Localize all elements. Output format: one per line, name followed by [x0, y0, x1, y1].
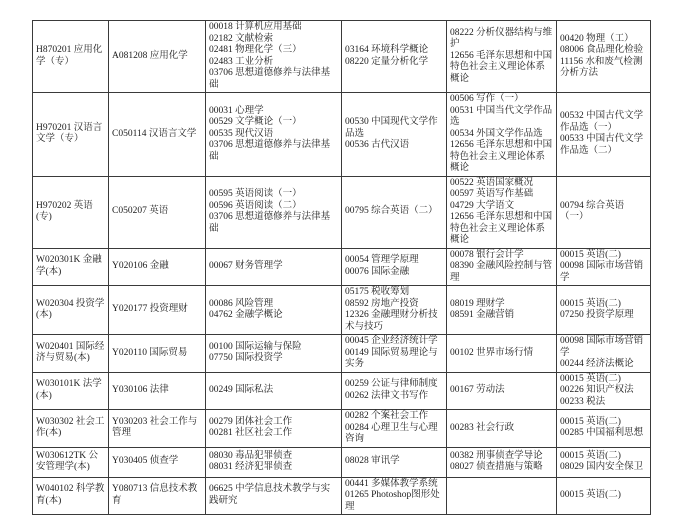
cell-exam-slot-1: 00279 团体社会工作00281 社区社会工作 — [206, 410, 342, 448]
cell-new-major-code: Y020110 国际贸易 — [109, 335, 206, 373]
course-entry: 00015 英语(二) — [560, 417, 647, 429]
cell-old-major-code: W020401 国际经济与贸易(本) — [33, 335, 109, 373]
cell-new-major-code: Y030203 社会工作与管理 — [109, 410, 206, 448]
course-entry: 08591 金融营销 — [450, 310, 553, 322]
table-row: W020301K 金融学(本)Y020106 金融00067 财务管理学0005… — [33, 248, 651, 286]
course-entry: 00045 企业经济统计学 — [345, 336, 443, 348]
major-label: Y030405 侦查学 — [112, 456, 202, 468]
course-entry: 12656 毛泽东思想和中国特色社会主义理论体系概论 — [450, 140, 553, 175]
course-entry: 00102 世界市场行情 — [450, 348, 553, 360]
table-row: W020401 国际经济与贸易(本)Y020110 国际贸易00100 国际运输… — [33, 335, 651, 373]
cell-old-major-code: H870201 应用化学（专） — [33, 21, 109, 93]
course-entry: 00098 国际市场营销学 — [560, 261, 647, 284]
course-entry: 00595 英语阅读（一） — [209, 189, 338, 201]
course-entry: 12326 金融理财分析技术与技巧 — [345, 310, 443, 333]
course-entry: 08222 分析仪器结构与维护 — [450, 28, 553, 51]
cell-new-major-code: Y030405 侦查学 — [109, 447, 206, 477]
course-entry: 00536 古代汉语 — [345, 140, 443, 152]
table-container: H870201 应用化学（专）A081208 应用化学00018 计算机应用基础… — [32, 20, 650, 480]
course-entry: 00596 英语阅读（二） — [209, 201, 338, 213]
cell-new-major-code: Y030106 法律 — [109, 372, 206, 410]
course-entry: 00249 国际私法 — [209, 385, 338, 397]
cell-exam-slot-2: 03164 环境科学概论08220 定量分析化学 — [342, 21, 447, 93]
cell-exam-slot-2: 05175 税收筹划08592 房地产投资12326 金融理财分析技术与技巧 — [342, 286, 447, 335]
cell-exam-slot-1: 00031 心理学00529 文学概论（一）00535 现代汉语03706 思想… — [206, 93, 342, 177]
major-label: C050207 英语 — [112, 206, 202, 218]
cell-exam-slot-1: 00086 风险管理04762 金融学概论 — [206, 286, 342, 335]
major-label: W020401 国际经济与贸易(本) — [36, 342, 105, 365]
cell-exam-slot-4: 00015 英语(二)08029 国内安全保卫 — [557, 447, 651, 477]
cell-old-major-code: W030612TK 公安管理学(本) — [33, 447, 109, 477]
course-entry: 00534 外国文学作品选 — [450, 129, 553, 141]
course-entry: 11156 水和废气检测分析方法 — [560, 57, 647, 80]
cell-old-major-code: W020301K 金融学(本) — [33, 248, 109, 286]
cell-exam-slot-1: 00067 财务管理学 — [206, 248, 342, 286]
cell-new-major-code: Y020177 投资理财 — [109, 286, 206, 335]
course-entry: 00067 财务管理学 — [209, 261, 338, 273]
cell-exam-slot-4: 00794 综合英语（一） — [557, 176, 651, 248]
cell-exam-slot-3: 00506 写作（一）00531 中国当代文学作品选00534 外国文学作品选1… — [447, 93, 557, 177]
course-entry: 00281 社区社会工作 — [209, 428, 338, 440]
major-label: H970201 汉语言文学（专） — [36, 123, 105, 146]
cell-new-major-code: C050114 汉语言文学 — [109, 93, 206, 177]
cell-exam-slot-1: 00595 英语阅读（一）00596 英语阅读（二）03706 思想道德修养与法… — [206, 176, 342, 248]
major-label: W030101K 法学(本) — [36, 379, 105, 402]
course-entry: 02182 文献检索 — [209, 34, 338, 46]
course-entry: 05175 税收筹划 — [345, 287, 443, 299]
major-label: A081208 应用化学 — [112, 51, 202, 63]
cell-exam-slot-4: 00015 英语(二)00285 中国福利思想 — [557, 410, 651, 448]
cell-exam-slot-4: 00098 国际市场营销学00244 经济法概论 — [557, 335, 651, 373]
major-label: Y020106 金融 — [112, 261, 202, 273]
course-entry: 00795 综合英语（二） — [345, 206, 443, 218]
course-entry: 00015 英语(二) — [560, 374, 647, 386]
course-entry: 00284 心理卫生与心理咨询 — [345, 423, 443, 446]
cell-new-major-code: Y020106 金融 — [109, 248, 206, 286]
major-label: Y030106 法律 — [112, 385, 202, 397]
major-label: W030612TK 公安管理学(本) — [36, 451, 105, 474]
course-entry: 08006 食品理化检验 — [560, 45, 647, 57]
course-entry: 00529 文学概论（一） — [209, 117, 338, 129]
course-entry: 00285 中国福利思想 — [560, 428, 647, 440]
cell-exam-slot-2: 00530 中国现代文学作品选00536 古代汉语 — [342, 93, 447, 177]
course-entry: 03706 思想道德修养与法律基础 — [209, 212, 338, 235]
course-entry: 08019 理财学 — [450, 299, 553, 311]
document-page: H870201 应用化学（专）A081208 应用化学00018 计算机应用基础… — [0, 0, 680, 480]
course-entry: 08220 定量分析化学 — [345, 57, 443, 69]
course-entry: 00015 英语(二) — [560, 250, 647, 262]
cell-old-major-code: W030101K 法学(本) — [33, 372, 109, 410]
course-entry: 00382 刑事侦查学导论 — [450, 451, 553, 463]
course-entry: 00794 综合英语（一） — [560, 201, 647, 224]
major-label: C050114 汉语言文学 — [112, 129, 202, 141]
course-entry: 00244 经济法概论 — [560, 359, 647, 371]
cell-exam-slot-2: 00795 综合英语（二） — [342, 176, 447, 248]
course-entry: 00015 英语(二) — [560, 451, 647, 463]
course-entry: 00098 国际市场营销学 — [560, 336, 647, 359]
table-row: W030612TK 公安管理学(本)Y030405 侦查学08030 毒品犯罪侦… — [33, 447, 651, 477]
course-entry: 04729 大学语文 — [450, 201, 553, 213]
cell-exam-slot-4: 00015 英语(二)07250 投资学原理 — [557, 286, 651, 335]
course-entry: 02481 物理化学（三） — [209, 45, 338, 57]
course-entry: 12656 毛泽东思想和中国特色社会主义理论体系概论 — [450, 212, 553, 247]
cell-exam-slot-3: 08222 分析仪器结构与维护12656 毛泽东思想和中国特色社会主义理论体系概… — [447, 21, 557, 93]
cell-exam-slot-2: 00045 企业经济统计学00149 国际贸易理论与实务 — [342, 335, 447, 373]
cell-exam-slot-3: 08019 理财学08591 金融营销 — [447, 286, 557, 335]
course-entry: 00262 法律文书写作 — [345, 391, 443, 403]
course-entry: 04762 金融学概论 — [209, 310, 338, 322]
course-entry: 00282 个案社会工作 — [345, 411, 443, 423]
course-entry: 00031 心理学 — [209, 106, 338, 118]
course-entry: 00226 知识产权法 — [560, 385, 647, 397]
course-entry: 00530 中国现代文学作品选 — [345, 117, 443, 140]
course-entry: 00597 英语写作基础 — [450, 189, 553, 201]
course-entry: 00076 国际金融 — [345, 267, 443, 279]
course-entry: 08390 金融风险控制与管理 — [450, 261, 553, 284]
cell-exam-slot-4: 00015 英语(二)00226 知识产权法00233 税法 — [557, 372, 651, 410]
cell-old-major-code: H970202 英语(专) — [33, 176, 109, 248]
cell-exam-slot-1: 00018 计算机应用基础02182 文献检索02481 物理化学（三）0248… — [206, 21, 342, 93]
course-entry: 00420 物理（工） — [560, 34, 647, 46]
course-entry: 12656 毛泽东思想和中国特色社会主义理论体系概论 — [450, 51, 553, 86]
cell-exam-slot-3: 00522 英语国家概况00597 英语写作基础04729 大学语文12656 … — [447, 176, 557, 248]
course-entry: 00283 社会行政 — [450, 423, 553, 435]
course-entry: 08031 经济犯罪侦查 — [209, 462, 338, 474]
course-entry: 00259 公证与律师制度 — [345, 379, 443, 391]
cell-exam-slot-3: 00102 世界市场行情 — [447, 335, 557, 373]
course-entry: 00018 计算机应用基础 — [209, 22, 338, 34]
table-row: H970202 英语(专)C050207 英语00595 英语阅读（一）0059… — [33, 176, 651, 248]
course-entry: 00100 国际运输与保险 — [209, 342, 338, 354]
cell-old-major-code: W030302 社会工作(本) — [33, 410, 109, 448]
major-label: Y020110 国际贸易 — [112, 348, 202, 360]
table-row: W030101K 法学(本)Y030106 法律00249 国际私法00259 … — [33, 372, 651, 410]
major-label: W020301K 金融学(本) — [36, 255, 105, 278]
major-label: W020304 投资学(本) — [36, 299, 105, 322]
cell-old-major-code: H970201 汉语言文学（专） — [33, 93, 109, 177]
cell-exam-slot-4: 00420 物理（工）08006 食品理化检验11156 水和废气检测分析方法 — [557, 21, 651, 93]
course-entry: 03706 思想道德修养与法律基础 — [209, 68, 338, 91]
course-entry: 03706 思想道德修养与法律基础 — [209, 140, 338, 163]
course-entry: 00078 银行会计学 — [450, 250, 553, 262]
cell-exam-slot-3: 00283 社会行政 — [447, 410, 557, 448]
cell-exam-slot-2: 00259 公证与律师制度00262 法律文书写作 — [342, 372, 447, 410]
course-entry: 07750 国际投资学 — [209, 353, 338, 365]
course-entry: 08030 毒品犯罪侦查 — [209, 451, 338, 463]
major-label: Y020177 投资理财 — [112, 304, 202, 316]
course-entry: 00531 中国当代文学作品选 — [450, 106, 553, 129]
course-entry: 00279 团体社会工作 — [209, 417, 338, 429]
course-entry: 00506 写作（一） — [450, 94, 553, 106]
cell-old-major-code: W020304 投资学(本) — [33, 286, 109, 335]
course-entry: 08028 审讯学 — [345, 456, 443, 468]
course-entry: 00535 现代汉语 — [209, 129, 338, 141]
course-entry: 00233 税法 — [560, 397, 647, 409]
cell-new-major-code: C050207 英语 — [109, 176, 206, 248]
cell-exam-slot-2: 00054 管理学原理00076 国际金融 — [342, 248, 447, 286]
course-entry: 02483 工业分析 — [209, 57, 338, 69]
major-label: H870201 应用化学（专） — [36, 45, 105, 68]
course-entry: 08029 国内安全保卫 — [560, 462, 647, 474]
course-table: H870201 应用化学（专）A081208 应用化学00018 计算机应用基础… — [32, 20, 651, 480]
table-row: H970201 汉语言文学（专）C050114 汉语言文学00031 心理学00… — [33, 93, 651, 177]
table-row: W030302 社会工作(本)Y030203 社会工作与管理00279 团体社会… — [33, 410, 651, 448]
cell-exam-slot-3: 00167 劳动法 — [447, 372, 557, 410]
cell-exam-slot-1: 08030 毒品犯罪侦查08031 经济犯罪侦查 — [206, 447, 342, 477]
course-entry: 00015 英语(二) — [560, 299, 647, 311]
cell-exam-slot-4: 00532 中国古代文学作品选（一）00533 中国古代文学作品选（二） — [557, 93, 651, 177]
course-entry: 00086 风险管理 — [209, 299, 338, 311]
cell-exam-slot-2: 00282 个案社会工作00284 心理卫生与心理咨询 — [342, 410, 447, 448]
course-entry: 00533 中国古代文学作品选（二） — [560, 134, 647, 157]
course-entry: 07250 投资学原理 — [560, 310, 647, 322]
major-label: Y030203 社会工作与管理 — [112, 417, 202, 440]
course-entry: 00149 国际贸易理论与实务 — [345, 348, 443, 371]
course-entry: 00167 劳动法 — [450, 385, 553, 397]
cell-exam-slot-3: 00078 银行会计学08390 金融风险控制与管理 — [447, 248, 557, 286]
course-entry: 00522 英语国家概况 — [450, 178, 553, 190]
cell-exam-slot-1: 00100 国际运输与保险07750 国际投资学 — [206, 335, 342, 373]
cell-new-major-code: A081208 应用化学 — [109, 21, 206, 93]
course-entry: 00054 管理学原理 — [345, 255, 443, 267]
major-label: W030302 社会工作(本) — [36, 417, 105, 440]
cell-exam-slot-4: 00015 英语(二)00098 国际市场营销学 — [557, 248, 651, 286]
cell-exam-slot-2: 08028 审讯学 — [342, 447, 447, 477]
table-row: W020304 投资学(本)Y020177 投资理财00086 风险管理0476… — [33, 286, 651, 335]
cell-exam-slot-3: 00382 刑事侦查学导论08027 侦查措施与策略 — [447, 447, 557, 477]
table-row: H870201 应用化学（专）A081208 应用化学00018 计算机应用基础… — [33, 21, 651, 93]
major-label: H970202 英语(专) — [36, 201, 105, 224]
course-entry: 08027 侦查措施与策略 — [450, 462, 553, 474]
course-table-body: H870201 应用化学（专）A081208 应用化学00018 计算机应用基础… — [33, 21, 651, 481]
course-entry: 00532 中国古代文学作品选（一） — [560, 111, 647, 134]
course-entry: 03164 环境科学概论 — [345, 45, 443, 57]
course-entry: 08592 房地产投资 — [345, 299, 443, 311]
cell-exam-slot-1: 00249 国际私法 — [206, 372, 342, 410]
